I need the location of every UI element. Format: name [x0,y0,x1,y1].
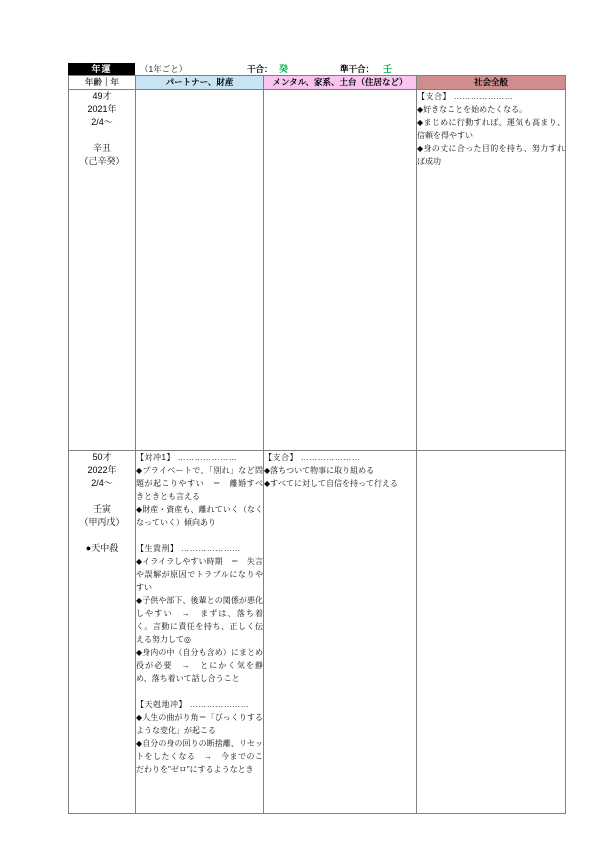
section-item: ◆イライラしやすい時期 ＝ 失言や誤解が原因でトラブルになりやすい [136,555,263,594]
tenchusatsu-marker: ●天中殺 [69,542,135,555]
header-age-year: 年齢｜年 [69,76,136,90]
section-item: ◆自分の身の回りの断捨離、リセットをしたくなる → 今までのこだわりを"ゼロ"に… [136,737,263,776]
partner-cell: 【対冲1】 …………………◆プライベートで、「別れ」など問題が起こりやすい ＝ … [136,451,264,814]
year-label: 2022年 [69,464,135,477]
section-item: ◆プライベートで、「別れ」など問題が起こりやすい ＝ 離婚すべきときとも言える [136,464,263,503]
section-item: ◆落ちついて物事に取り組める [264,464,416,477]
header-mental: メンタル、家系、土台（住居など） [264,76,417,90]
table-row-2022: 50才 2022年 2/4～ 壬寅 （甲丙戊） ●天中殺 【対冲1】 ……………… [69,451,566,814]
kanshi-label: 辛丑 [69,142,135,155]
content-section: 【支合】 …………………◆落ちついて物事に取り組める◆すべてに対して自信を持って… [264,451,416,490]
year-label: 2021年 [69,103,135,116]
section-heading: 【対冲1】 ………………… [136,451,263,464]
jun-kango-label: 準干合： [340,63,374,75]
content-section: 【天剋地冲】 …………………◆人生の曲がり角＝「びっくりするような変化」が起こる… [136,698,263,776]
age-year-cell: 49才 2021年 2/4～ 辛丑 （己辛癸） [69,90,136,451]
section-item: ◆身の丈に合った目的を持ち、努力すれば成功 [417,142,565,168]
section-item: ◆財産・資産も、離れていく（なくなっていく）傾向あり [136,503,263,529]
section-item: ◆まじめに行動すれば、運気も高まり、信頼を得やすい [417,116,565,142]
mental-cell: 【支合】 …………………◆落ちついて物事に取り組める◆すべてに対して自信を持って… [264,451,417,814]
section-item: ◆人生の曲がり角＝「びっくりするような変化」が起こる [136,711,263,737]
content-section: 【生貴刑】 …………………◆イライラしやすい時期 ＝ 失言や誤解が原因でトラブル… [136,542,263,685]
hidden-stems-label: （甲丙戊） [69,516,135,529]
jun-kango-stem-value: 壬 [383,63,392,75]
header-society: 社会全般 [417,76,566,90]
page: { "page_header": { "title": "年運", "subti… [0,0,600,849]
kango-label: 干合： [247,63,273,75]
age-label: 50才 [69,451,135,464]
section-item: ◆子供や部下、後輩との関係が悪化しやすい → まずは、落ち着く。言動に責任を持ち… [136,594,263,646]
year-fortune-table: 年齢｜年 パートナー、財産 メンタル、家系、土台（住居など） 社会全般 49才 … [68,75,566,814]
header-partner: パートナー、財産 [136,76,264,90]
section-heading: 【支合】 ………………… [417,90,565,103]
section-heading: 【天剋地冲】 ………………… [136,698,263,711]
mental-cell [264,90,417,451]
section-item: ◆好きなことを始めたくなる。 [417,103,565,116]
hidden-stems-label: （己辛癸） [69,155,135,168]
content-section: 【対冲1】 …………………◆プライベートで、「別れ」など問題が起こりやすい ＝ … [136,451,263,529]
society-cell [417,451,566,814]
table-header-row: 年齢｜年 パートナー、財産 メンタル、家系、土台（住居など） 社会全般 [69,76,566,90]
partner-cell [136,90,264,451]
sheet-title: 年運 [68,63,135,75]
society-cell: 【支合】 …………………◆好きなことを始めたくなる。◆まじめに行動すれば、運気も… [417,90,566,451]
sheet-title-bar: 年運 （1年ごと） 干合： 癸 準干合： 壬 [68,63,565,75]
section-heading: 【生貴刑】 ………………… [136,542,263,555]
section-item: ◆すべてに対して自信を持って行える [264,477,416,490]
sheet-subtitle: （1年ごと） [140,63,187,75]
fortune-sheet: 年運 （1年ごと） 干合： 癸 準干合： 壬 年齢｜年 パートナー、財産 メンタ… [68,63,565,814]
from-date-label: 2/4～ [69,116,135,129]
content-section: 【支合】 …………………◆好きなことを始めたくなる。◆まじめに行動すれば、運気も… [417,90,565,168]
age-year-cell: 50才 2022年 2/4～ 壬寅 （甲丙戊） ●天中殺 [69,451,136,814]
kanshi-label: 壬寅 [69,503,135,516]
age-label: 49才 [69,90,135,103]
from-date-label: 2/4～ [69,477,135,490]
section-item: ◆身内の中（自分も含め）にまとめ役が必要 → とにかく気を静め、落ち着いて話し合… [136,646,263,685]
table-row-2021: 49才 2021年 2/4～ 辛丑 （己辛癸） 【支合】 …………………◆好きな… [69,90,566,451]
section-heading: 【支合】 ………………… [264,451,416,464]
kango-stem-value: 癸 [279,63,288,75]
